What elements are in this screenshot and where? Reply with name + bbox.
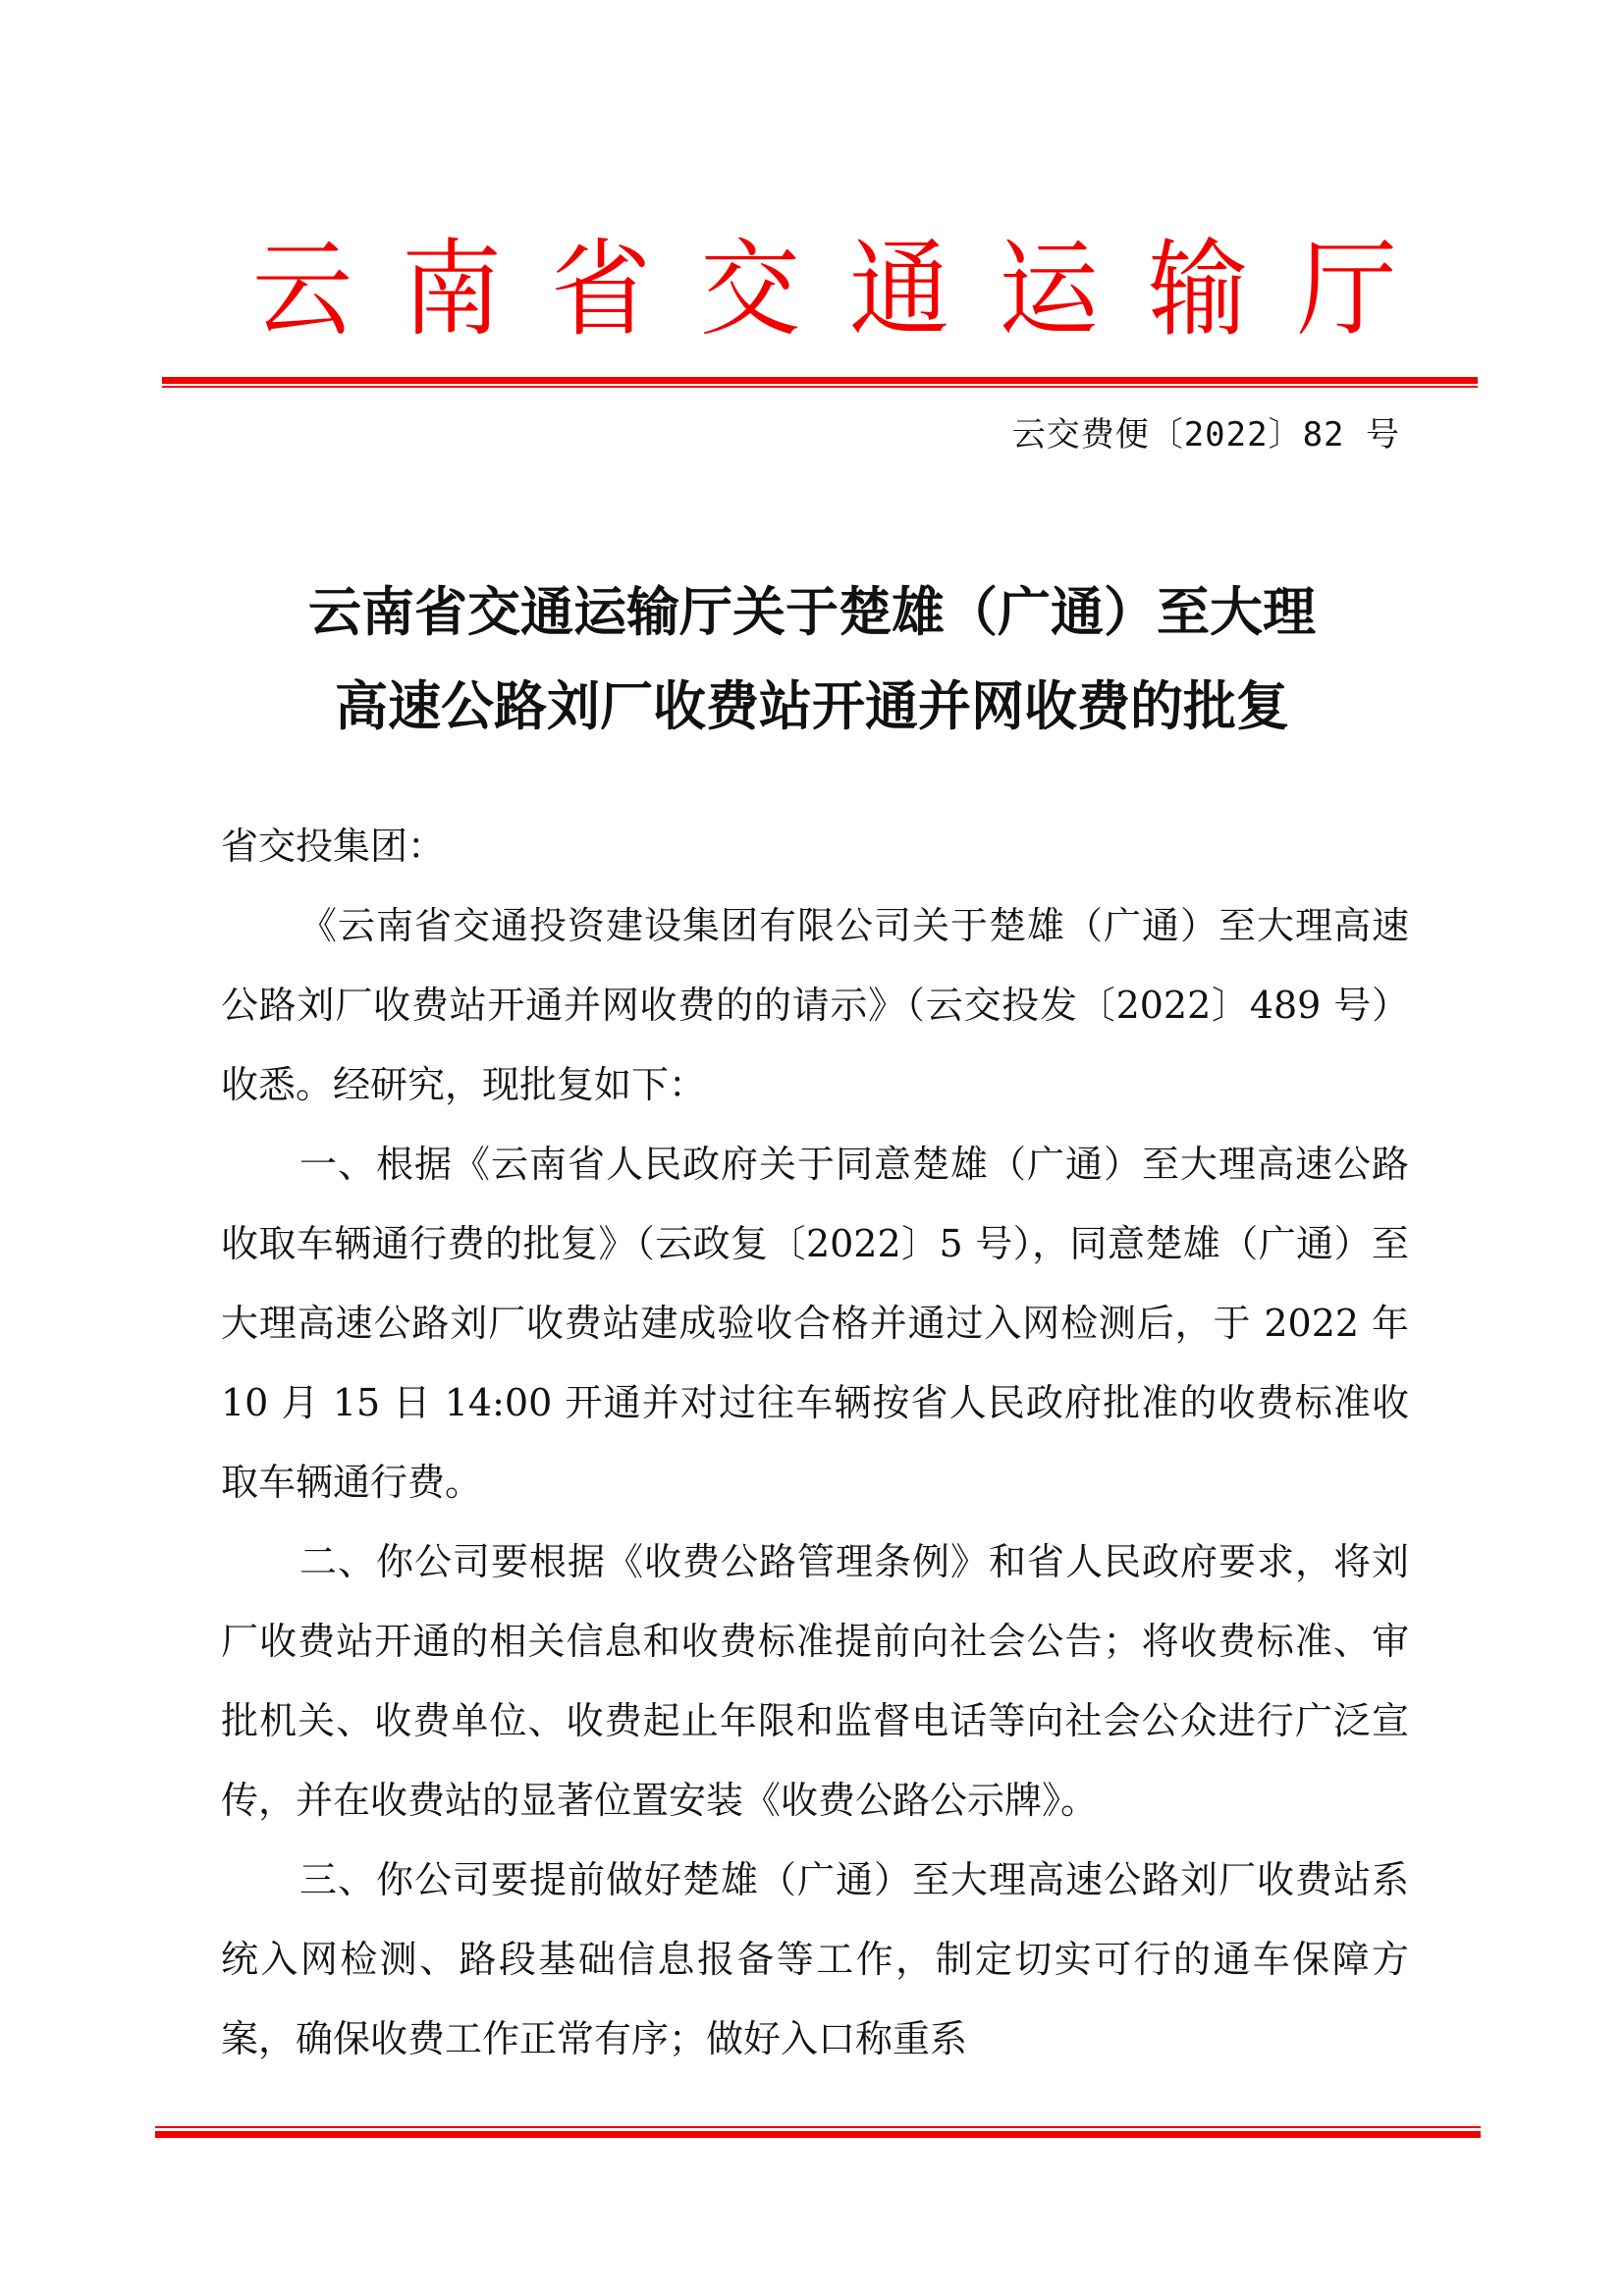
document-title-line-1: 云南省交通运输厅关于楚雄（广通）至大理 xyxy=(0,567,1624,656)
document-body: 《云南省交通投资建设集团有限公司关于楚雄（广通）至大理高速公路刘厂收费站开通并网… xyxy=(221,886,1409,2079)
salutation: 省交投集团： xyxy=(221,807,1409,886)
body-paragraph-item-3: 三、你公司要提前做好楚雄（广通）至大理高速公路刘厂收费站系统入网检测、路段基础信… xyxy=(221,1841,1409,2079)
salutation-text: 省交投集团： xyxy=(221,807,1409,886)
letterhead-red-rule-thick xyxy=(162,377,1478,384)
letterhead-org-name: 云南省交通运输厅 xyxy=(0,229,1624,352)
body-paragraph-item-2: 二、你公司要根据《收费公路管理条例》和省人民政府要求，将刘厂收费站开通的相关信息… xyxy=(221,1522,1409,1841)
letterhead-red-rule-thin xyxy=(162,386,1478,388)
document-number: 云交费便〔2022〕82 号 xyxy=(1012,410,1400,459)
footer-red-rule-thin xyxy=(155,2126,1481,2128)
footer-red-rule-thick xyxy=(155,2131,1481,2138)
body-paragraph-item-1: 一、根据《云南省人民政府关于同意楚雄（广通）至大理高速公路收取车辆通行费的批复》… xyxy=(221,1125,1409,1522)
body-paragraph-intro: 《云南省交通投资建设集团有限公司关于楚雄（广通）至大理高速公路刘厂收费站开通并网… xyxy=(221,886,1409,1125)
document-title-line-2: 高速公路刘厂收费站开通并网收费的批复 xyxy=(0,662,1624,750)
